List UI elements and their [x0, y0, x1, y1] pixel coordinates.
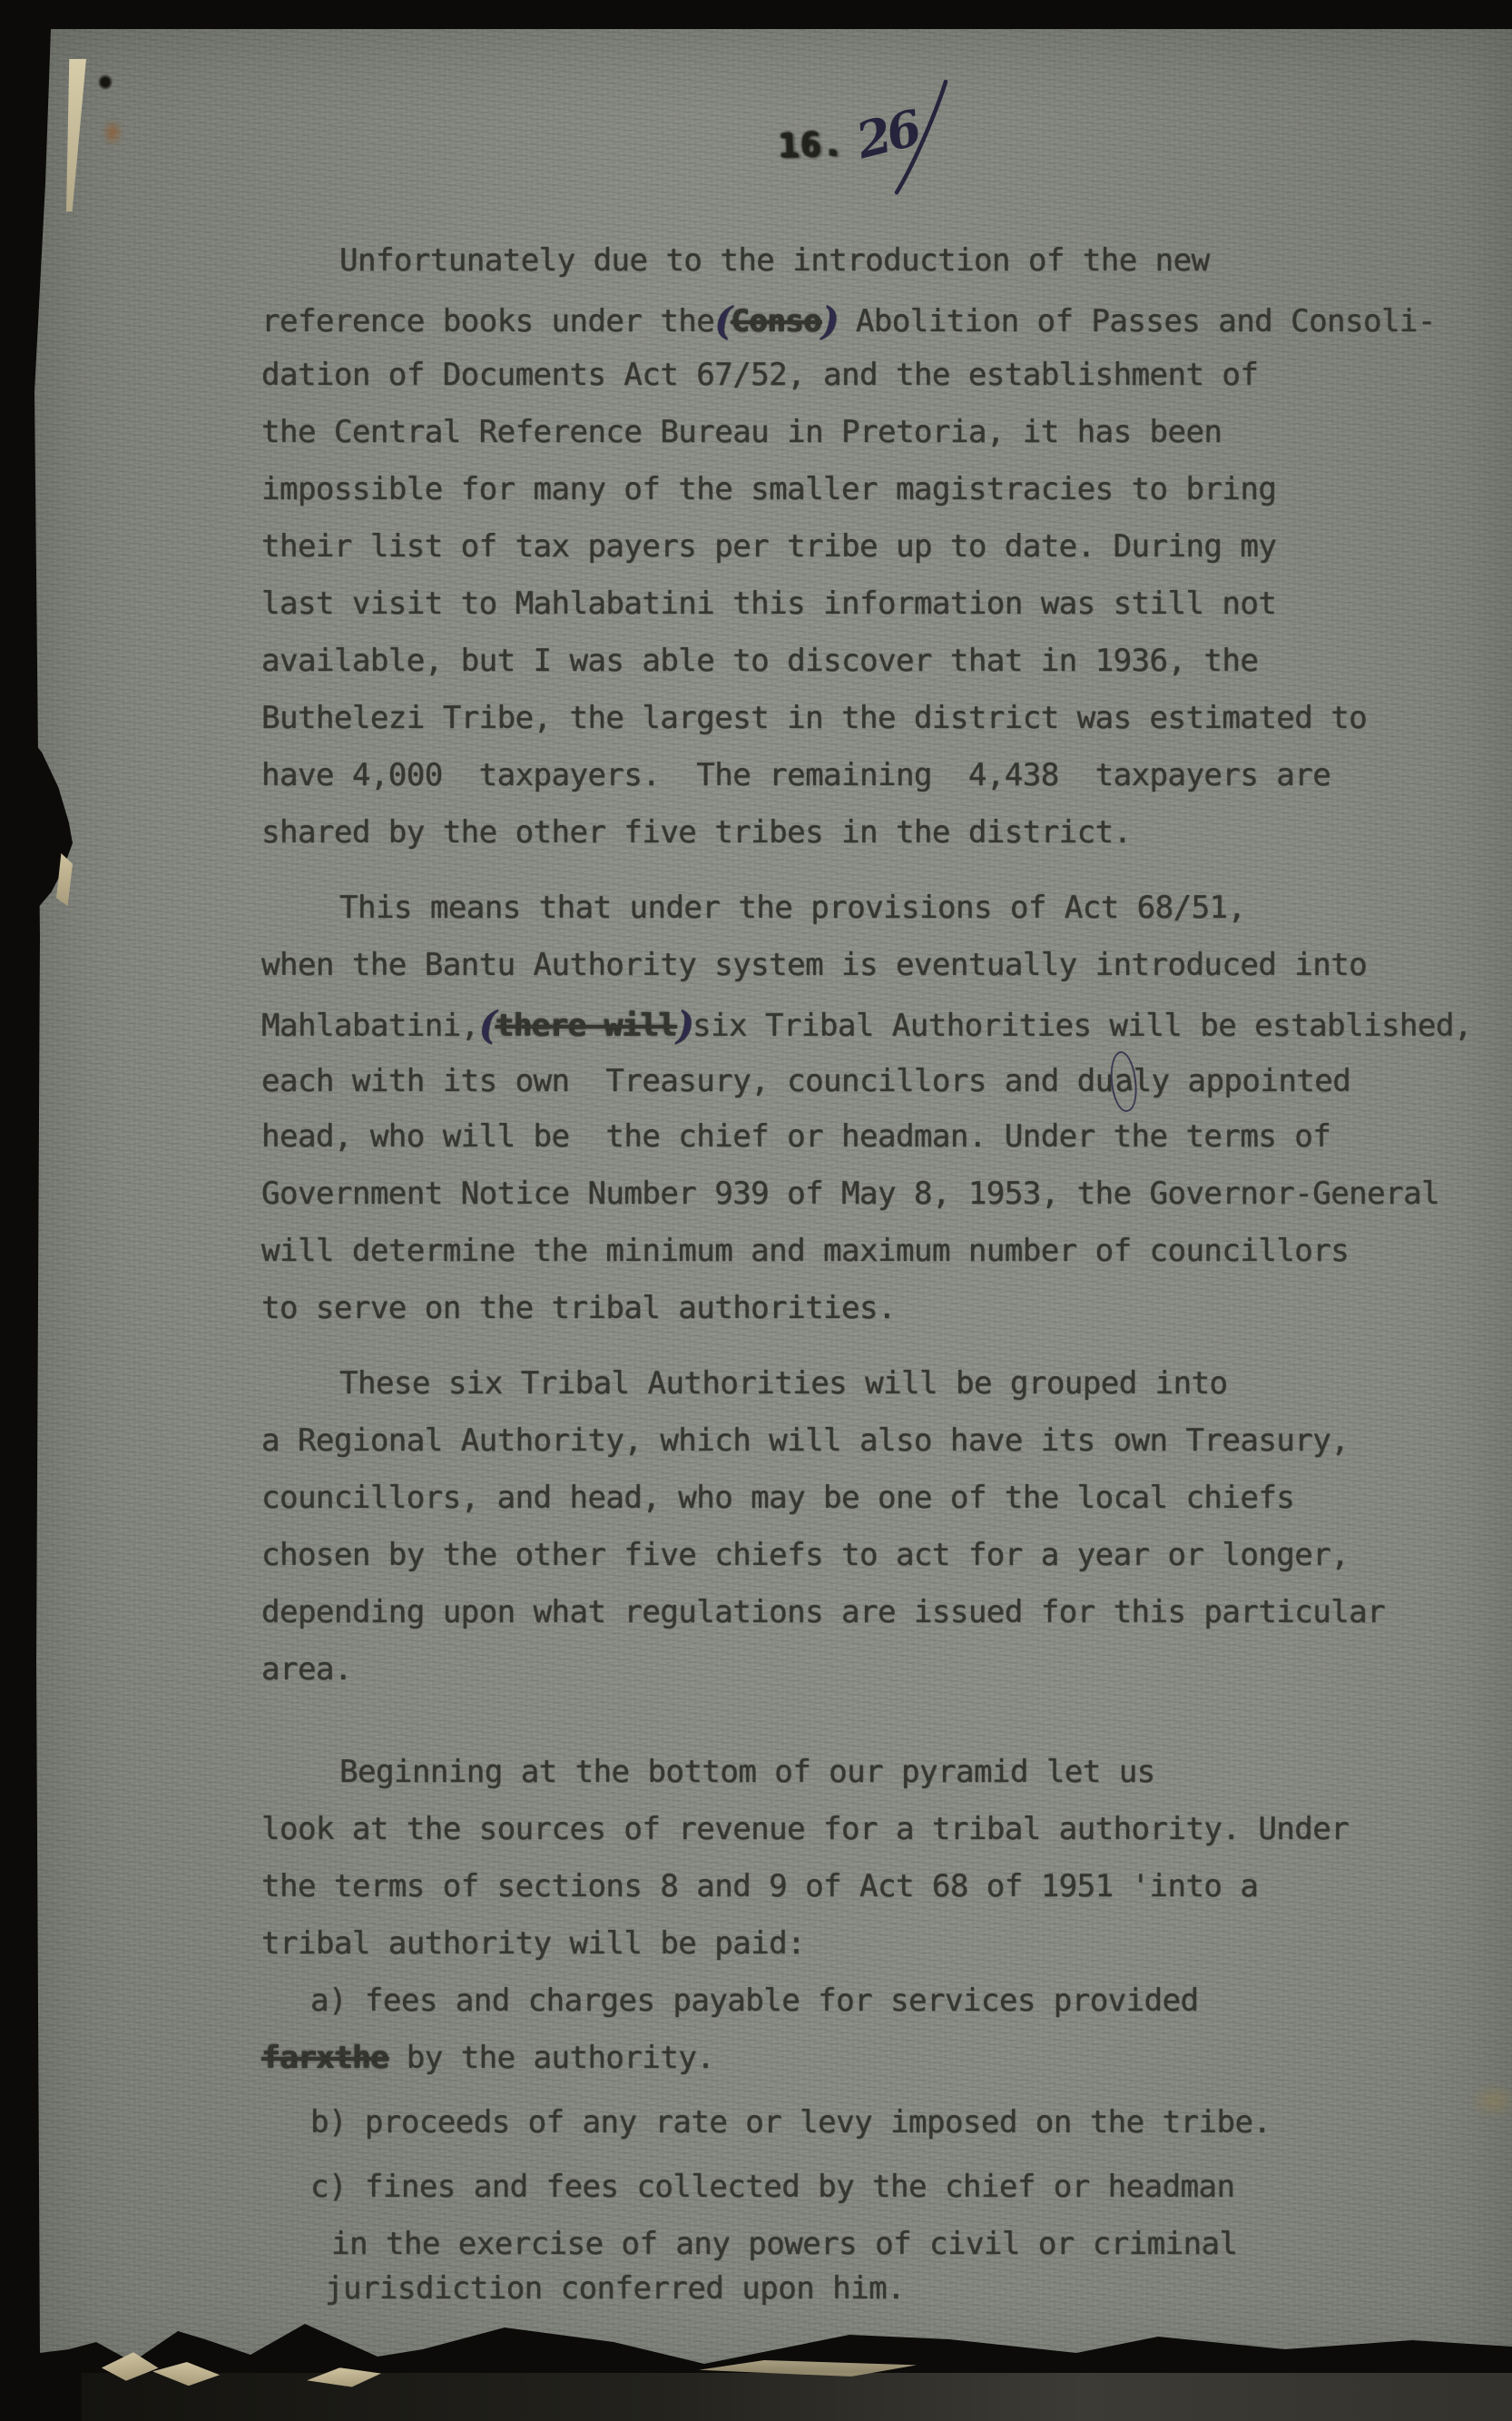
text-line: Unfortunately due to the introduction of… [261, 232, 1496, 290]
text-segment: a Regional Authority, which will also ha… [261, 1422, 1349, 1459]
text-segment: area. [261, 1651, 352, 1688]
document-body: Unfortunately due to the introduction of… [261, 232, 1496, 2318]
text-line: last visit to Mahlabatini this informati… [261, 576, 1496, 633]
text-segment: available, but I was able to discover th… [261, 643, 1258, 679]
handwritten-parenthesis: ( [479, 1003, 496, 1048]
underlying-sheet-edge [82, 2373, 1512, 2421]
text-segment: the terms of sections 8 and 9 of Act 68 … [261, 1868, 1258, 1904]
text-line: the terms of sections 8 and 9 of Act 68 … [261, 1858, 1496, 1915]
text-line: depending upon what regulations are issu… [261, 1584, 1496, 1641]
text-line: when the Bantu Authority system is event… [261, 937, 1496, 994]
text-line: These six Tribal Authorities will be gro… [261, 1355, 1496, 1412]
text-segment: the Central Reference Bureau in Pretoria… [261, 414, 1222, 450]
struck-out-text: there will [496, 1008, 677, 1044]
struck-out-text: farxthe [261, 2040, 388, 2076]
text-line: This means that under the provisions of … [261, 880, 1496, 937]
text-segment: shared by the other five tribes in the d… [261, 814, 1132, 851]
text-line: their list of tax payers per tribe up to… [261, 518, 1496, 576]
text-segment: will determine the minimum and maximum n… [261, 1233, 1349, 1269]
text-line: dation of Documents Act 67/52, and the e… [261, 347, 1496, 404]
text-line: impossible for many of the smaller magis… [261, 461, 1496, 518]
text-segment: jurisdiction conferred upon him. [325, 2270, 905, 2307]
text-line: have 4,000 taxpayers. The remaining 4,43… [261, 747, 1496, 804]
text-line: look at the sources of revenue for a tri… [261, 1801, 1496, 1858]
text-segment: c) fines and fees collected by the chief… [310, 2169, 1234, 2205]
text-segment: depending upon what regulations are issu… [261, 1594, 1385, 1630]
text-segment: in the exercise of any powers of civil o… [331, 2226, 1238, 2262]
text-segment: chosen by the other five chiefs to act f… [261, 1537, 1349, 1573]
text-segment: ly appointed [1134, 1063, 1351, 1099]
text-segment: This means that under the provisions of … [339, 890, 1246, 926]
text-segment: These six Tribal Authorities will be gro… [339, 1365, 1228, 1402]
text-line: jurisdiction conferred upon him. [261, 2260, 1496, 2318]
staple-hole-mark [98, 74, 113, 90]
text-segment: Abolition of Passes and Consoli- [838, 303, 1436, 340]
text-segment: Buthelezi Tribe, the largest in the dist… [261, 700, 1367, 736]
text-line: a) fees and charges payable for services… [261, 1973, 1496, 2030]
handwritten-parenthesis: ) [821, 299, 838, 343]
text-line: tribal authority will be paid: [261, 1915, 1496, 1973]
text-line: each with its own Treasury, councillors … [261, 1051, 1496, 1108]
rust-stain [102, 118, 123, 147]
text-line: to serve on the tribal authorities. [261, 1280, 1496, 1337]
text-segment: councillors, and head, who may be one of… [261, 1480, 1294, 1516]
text-line: reference books under the(Conso) Aboliti… [261, 290, 1496, 347]
text-line: area. [261, 1641, 1496, 1698]
text-line: will determine the minimum and maximum n… [261, 1223, 1496, 1280]
text-segment: impossible for many of the smaller magis… [261, 471, 1276, 507]
text-segment: to serve on the tribal authorities. [261, 1290, 896, 1326]
text-line: the Central Reference Bureau in Pretoria… [261, 404, 1496, 461]
text-segment: their list of tax payers per tribe up to… [261, 528, 1276, 565]
text-line: available, but I was able to discover th… [261, 633, 1496, 690]
text-segment: Mahlabatini, [261, 1008, 479, 1044]
struck-out-text: Conso [731, 303, 821, 340]
paper-smudge [1468, 2082, 1512, 2119]
text-line: Beginning at the bottom of our pyramid l… [261, 1744, 1496, 1801]
torn-edge-sliver [66, 59, 86, 212]
text-segment: by the authority. [388, 2040, 714, 2076]
handwritten-slash-mark [844, 69, 971, 205]
text-segment: have 4,000 taxpayers. The remaining 4,43… [261, 757, 1330, 793]
text-line: farxthe by the authority. [261, 2030, 1496, 2087]
typed-page-number: 16. [777, 124, 844, 166]
text-segment: Government Notice Number 939 of May 8, 1… [261, 1176, 1439, 1212]
text-segment: Beginning at the bottom of our pyramid l… [339, 1754, 1155, 1790]
text-segment: six Tribal Authorities will be establish… [692, 1008, 1472, 1044]
handwritten-page-number: 26 [844, 69, 971, 205]
text-segment: a) fees and charges payable for services… [310, 1983, 1199, 2019]
hand-circled-letter: a [1106, 1049, 1140, 1113]
text-line: shared by the other five tribes in the d… [261, 804, 1496, 861]
text-line: councillors, and head, who may be one of… [261, 1470, 1496, 1527]
text-segment: last visit to Mahlabatini this informati… [261, 586, 1276, 622]
text-line: c) fines and fees collected by the chief… [261, 2159, 1496, 2216]
text-segment: each with its own Treasury, councillors … [261, 1063, 1114, 1099]
text-segment: reference books under the [261, 303, 714, 340]
handwritten-parenthesis: ( [714, 299, 731, 343]
text-line: Buthelezi Tribe, the largest in the dist… [261, 690, 1496, 747]
text-segment: dation of Documents Act 67/52, and the e… [261, 357, 1258, 393]
text-line: chosen by the other five chiefs to act f… [261, 1527, 1496, 1584]
text-line: head, who will be the chief or headman. … [261, 1108, 1496, 1166]
text-segment: Unfortunately due to the introduction of… [339, 242, 1210, 279]
text-segment: look at the sources of revenue for a tri… [261, 1811, 1349, 1847]
scanned-document-photo: 16. 26 Unfortunately due to the introduc… [0, 0, 1512, 2421]
text-segment: b) proceeds of any rate or levy imposed … [310, 2104, 1271, 2141]
text-line: Mahlabatini,(there will)six Tribal Autho… [261, 994, 1496, 1051]
text-segment: head, who will be the chief or headman. … [261, 1118, 1330, 1155]
text-segment: tribal authority will be paid: [261, 1925, 805, 1962]
document-page: 16. 26 Unfortunately due to the introduc… [33, 29, 1512, 2382]
text-line: a Regional Authority, which will also ha… [261, 1412, 1496, 1470]
handwritten-parenthesis: ) [676, 1003, 692, 1048]
text-line: b) proceeds of any rate or levy imposed … [261, 2094, 1496, 2151]
text-segment: when the Bantu Authority system is event… [261, 947, 1367, 983]
text-line: Government Notice Number 939 of May 8, 1… [261, 1166, 1496, 1223]
